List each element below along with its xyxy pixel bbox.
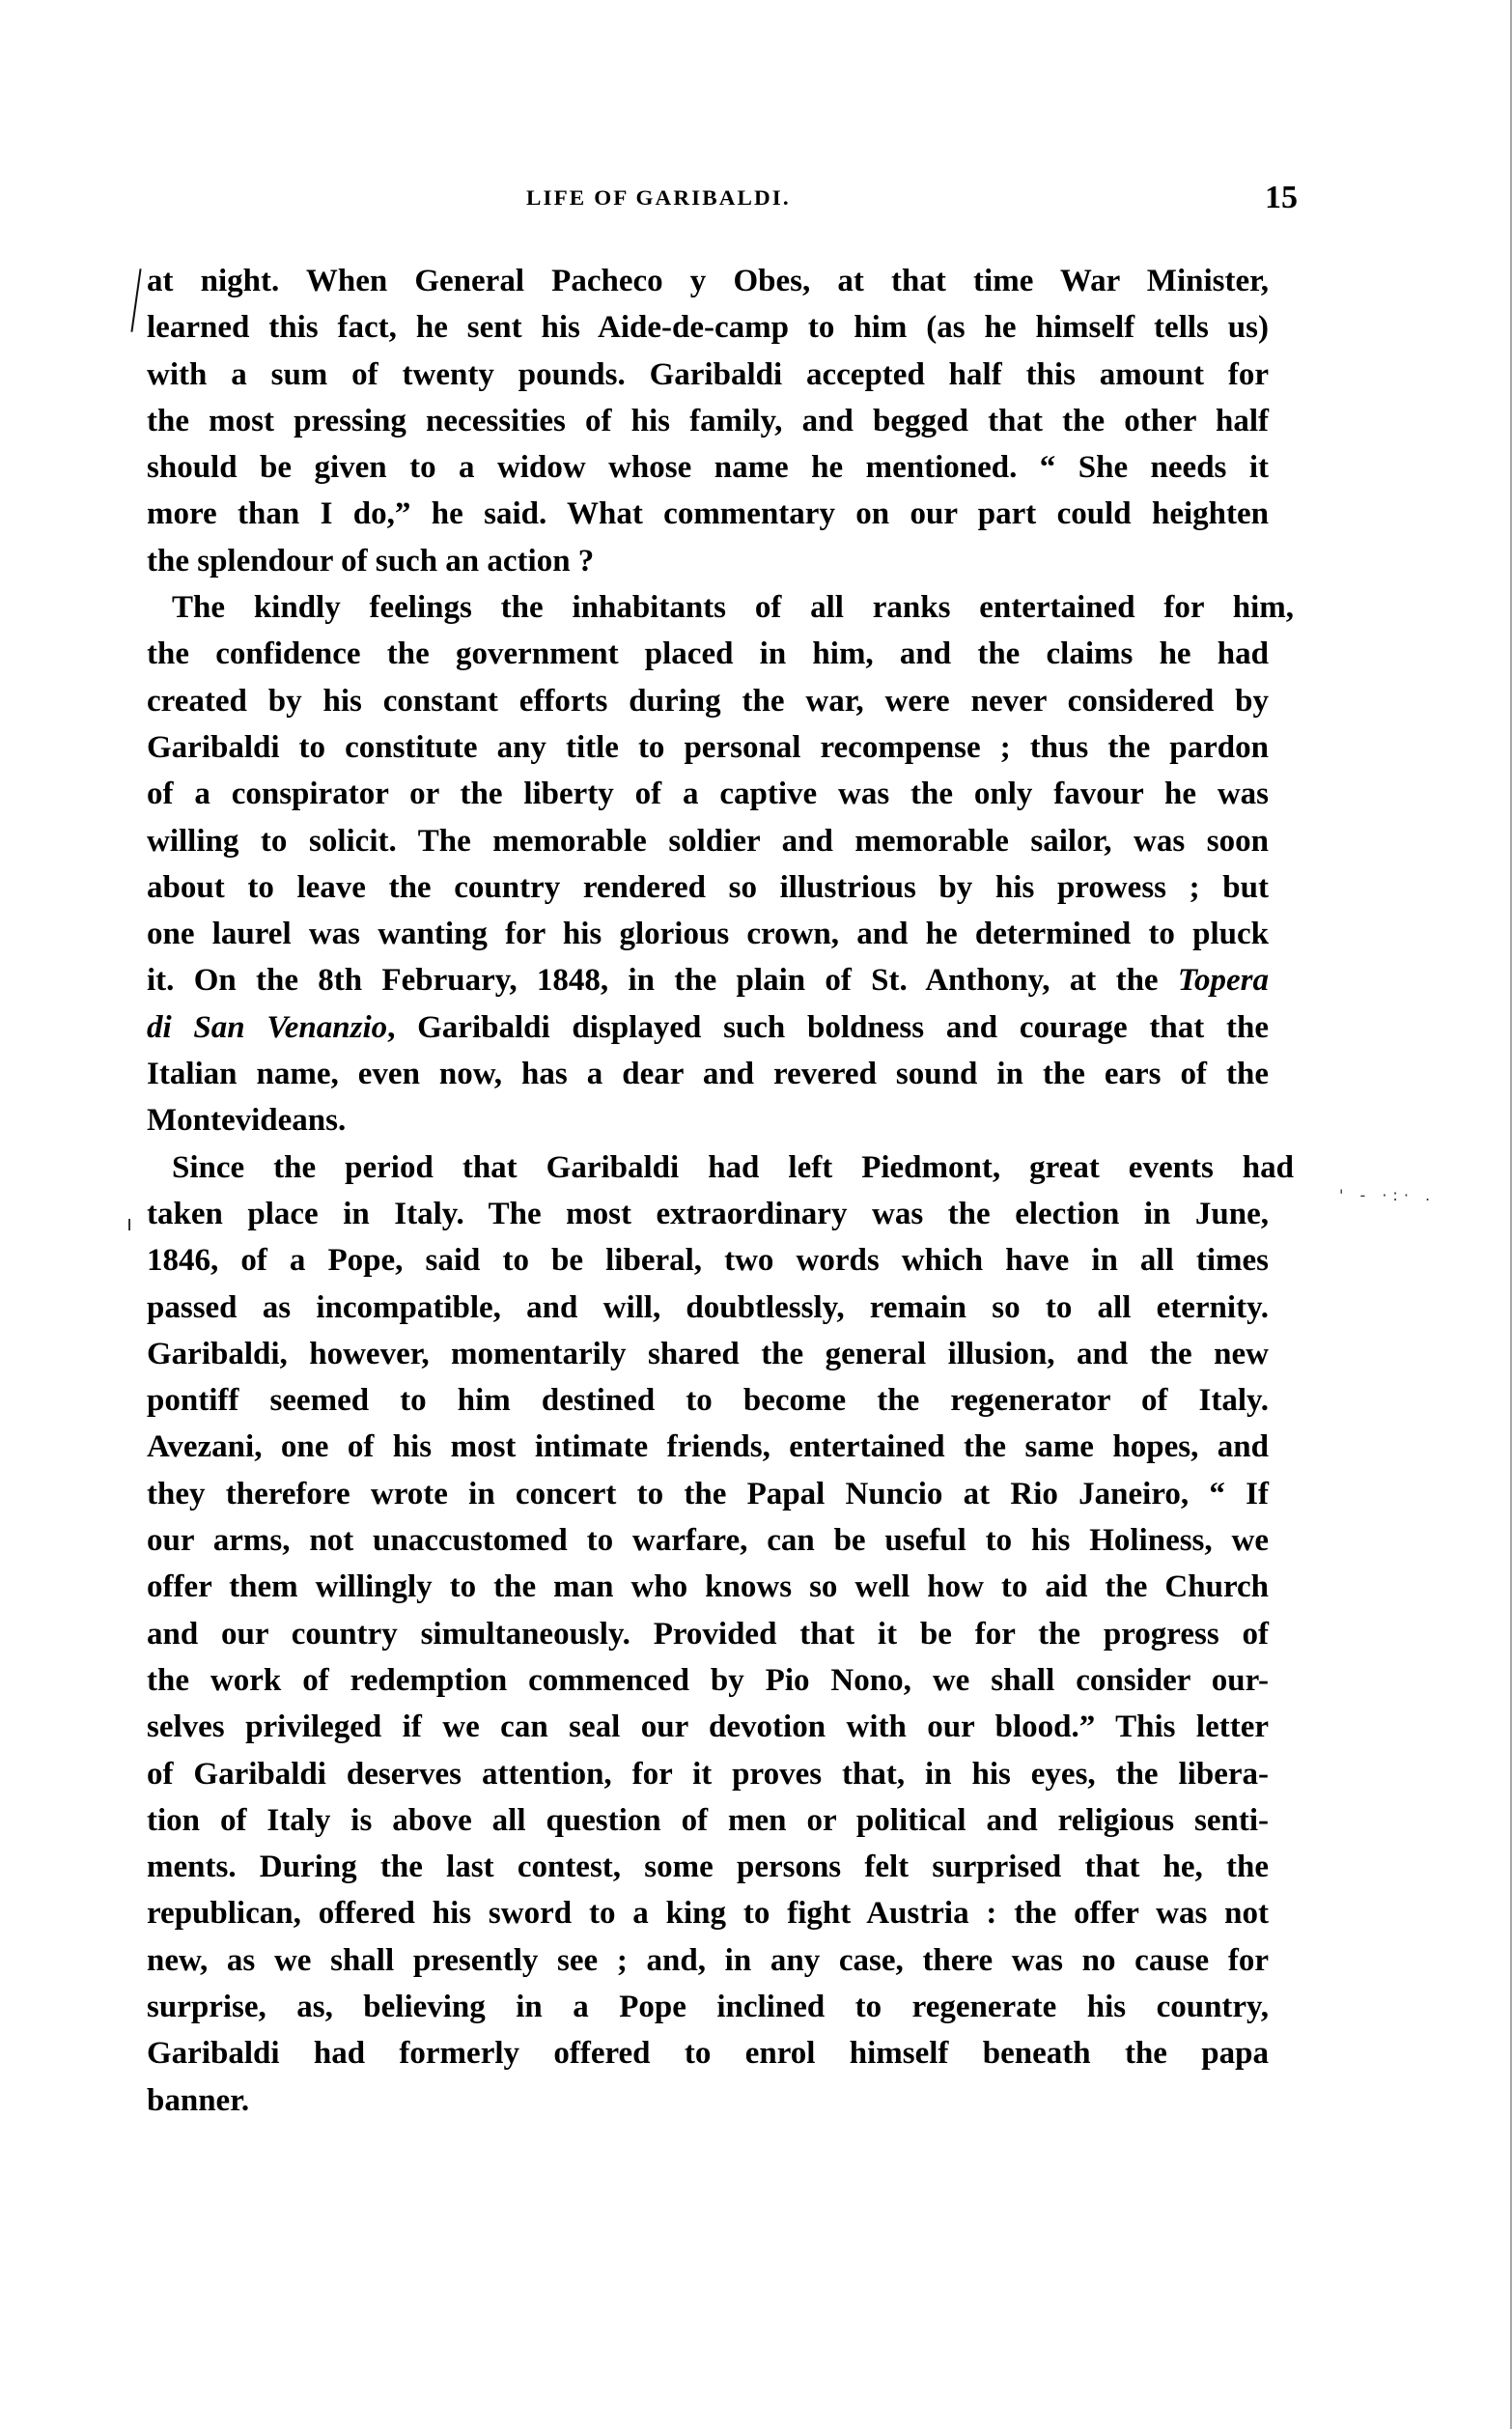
text-line: Garibaldi had formerly offered to enrol … (147, 2030, 1269, 2076)
text-line: the most pressing necessities of his fam… (147, 398, 1269, 444)
text-line: willing to solicit. The memorable soldie… (147, 818, 1269, 864)
text-line: the confidence the government placed in … (147, 631, 1269, 677)
stray-mark-left (128, 1219, 130, 1230)
body-text: at night. When General Pacheco y Obes, a… (147, 258, 1269, 2124)
stray-marks-right: ' - ·:· . (1339, 1186, 1436, 1204)
text-line: ments. During the last contest, some per… (147, 1844, 1269, 1890)
text-line: Montevideans. (147, 1097, 1269, 1144)
text-line: at night. When General Pacheco y Obes, a… (147, 258, 1269, 304)
text-line: Avezani, one of his most intimate friend… (147, 1424, 1269, 1470)
text-line: they therefore wrote in concert to the P… (147, 1471, 1269, 1517)
text-line: taken place in Italy. The most extraordi… (147, 1191, 1269, 1237)
text-line: learned this fact, he sent his Aide-de-c… (147, 304, 1269, 351)
text-line: about to leave the country rendered so i… (147, 864, 1269, 911)
margin-pencil-mark (130, 268, 141, 332)
text-line: republican, offered his sword to a king … (147, 1890, 1269, 1936)
text-line: of a conspirator or the liberty of a cap… (147, 771, 1269, 817)
text-line: 1846, of a Pope, said to be liberal, two… (147, 1237, 1269, 1284)
text-line: selves privileged if we can seal our dev… (147, 1704, 1269, 1750)
text-line: created by his constant efforts during t… (147, 678, 1269, 724)
paragraph: at night. When General Pacheco y Obes, a… (147, 258, 1269, 584)
text-line: Italian name, even now, has a dear and r… (147, 1051, 1269, 1097)
running-head: LIFE OF GARIBALDI. (526, 185, 791, 211)
page-number: 15 (1265, 180, 1298, 216)
text-line: one laurel was wanting for his glorious … (147, 911, 1269, 957)
paragraph: The kindly feelings the inhabitants of a… (147, 584, 1269, 1144)
text-line: passed as incompatible, and will, doubtl… (147, 1285, 1269, 1331)
text-line: tion of Italy is above all question of m… (147, 1797, 1269, 1844)
text-line: with a sum of twenty pounds. Garibaldi a… (147, 352, 1269, 398)
text-line: offer them willingly to the man who know… (147, 1564, 1269, 1610)
text-run: it. On the 8th February, 1848, in the pl… (147, 963, 1159, 998)
text-line: pontiff seemed to him destined to become… (147, 1377, 1269, 1424)
text-line-with-italic: it. On the 8th February, 1848, in the pl… (147, 957, 1269, 1003)
text-line: new, as we shall presently see ; and, in… (147, 1937, 1269, 1984)
text-line: Since the period that Garibaldi had left… (147, 1144, 1294, 1191)
text-line: surprise, as, believing in a Pope inclin… (147, 1984, 1269, 2030)
text-line: The kindly feelings the inhabitants of a… (147, 584, 1294, 631)
text-line: and our country simultaneously. Provided… (147, 1611, 1269, 1657)
text-line: the splendour of such an action ? (147, 538, 1269, 584)
text-line: Garibaldi, however, momentarily shared t… (147, 1331, 1269, 1377)
text-line-with-italic: di San Venanzio, Garibaldi displayed suc… (147, 1004, 1269, 1051)
paragraph: Since the period that Garibaldi had left… (147, 1144, 1269, 2124)
text-line: of Garibaldi deserves attention, for it … (147, 1751, 1269, 1797)
text-line: our arms, not unaccustomed to warfare, c… (147, 1517, 1269, 1564)
text-line: banner. (147, 2077, 1269, 2124)
text-line: the work of redemption commenced by Pio … (147, 1657, 1269, 1704)
text-line: should be given to a widow whose name he… (147, 444, 1269, 491)
text-run: , Garibaldi displayed such boldness and … (387, 1010, 1269, 1045)
italic-place-name: di San Venanzio (147, 1010, 387, 1045)
text-line: Garibaldi to constitute any title to per… (147, 724, 1269, 771)
text-line: more than I do,” he said. What commentar… (147, 491, 1269, 537)
italic-place-name: Topera (1178, 963, 1269, 998)
